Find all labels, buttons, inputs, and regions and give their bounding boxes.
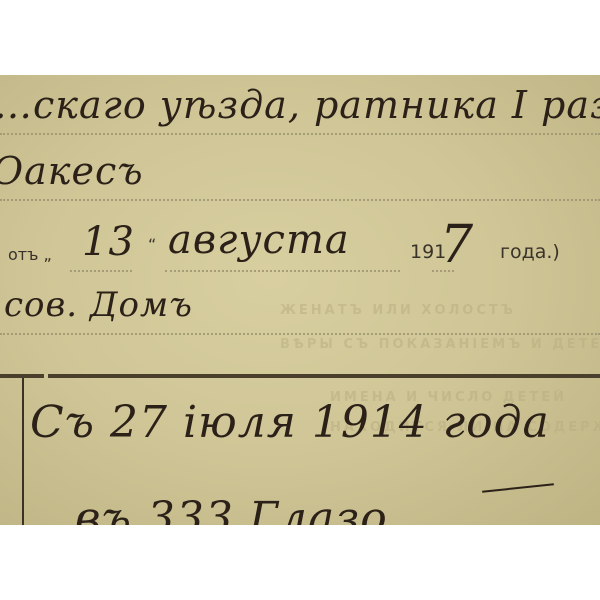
ghost-print-2: ВѢРЫ СЪ ПОКАЗАНІЕМЪ И ДЕТЕЙ [280, 337, 600, 352]
dotted-line-date-month [165, 270, 400, 272]
handwritten-date-month: августа [168, 217, 350, 263]
underline-stroke [482, 483, 554, 493]
ghost-print-1: ЖЕНАТЪ ИЛИ ХОЛОСТЪ [280, 303, 516, 318]
handwritten-address: сов. Домъ [4, 285, 193, 325]
table-vertical-rule [22, 378, 24, 525]
handwritten-service-start: Съ 27 iюля 1914 года [30, 397, 550, 448]
dotted-line-date-day [70, 270, 132, 272]
document-photo: ЖЕНАТЪ ИЛИ ХОЛОСТЪ ВѢРЫ СЪ ПОКАЗАНІЕМЪ И… [0, 75, 600, 525]
printed-from-label: отъ „ [8, 245, 52, 264]
handwritten-date-day: 13 [82, 219, 135, 265]
table-horizontal-rule [0, 374, 600, 378]
dotted-line-3 [0, 333, 600, 335]
printed-close-quote: “ [148, 235, 156, 254]
handwritten-year-digit: 7 [440, 215, 474, 275]
dotted-line-1 [0, 133, 600, 135]
handwritten-service-unit-partial: …въ 333 Глазо… [30, 493, 433, 525]
handwritten-name-line: Оакесъ [0, 149, 144, 193]
handwritten-district-line: …скаго уѣзда, ратника I раз [0, 83, 600, 127]
printed-year-suffix: года.) [500, 241, 560, 263]
dotted-line-2 [0, 199, 600, 201]
